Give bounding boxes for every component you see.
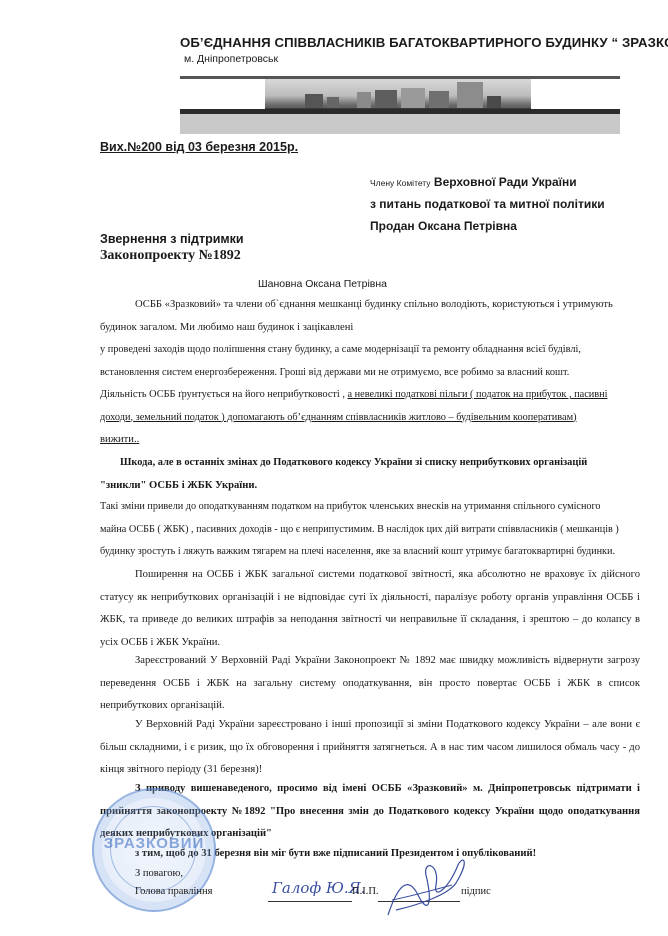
paragraph-1: ОСББ «Зразковий» та члени об`єднання меш… [100, 294, 640, 384]
paragraph-2-plain: Діяльність ОСББ ґрунтується на його непр… [100, 389, 348, 400]
addressee-prefix: Члену Комітету [370, 178, 431, 188]
name-label: П.І.П. [352, 886, 379, 897]
subject-line-1: Звернення з підтримки [100, 232, 244, 246]
subject-line-2: Законопроекту №1892 [100, 248, 241, 264]
stamp-text: ЗРАЗКОВИЙ [94, 835, 214, 852]
addressee-line-3: Продан Оксана Петрівна [370, 219, 517, 233]
name-line: Галоф Ю.Я. [268, 887, 352, 902]
addressee-body: Верховної Ради України [434, 175, 577, 189]
signature-line [378, 887, 460, 902]
paragraph-2-line-1: Діяльність ОСББ ґрунтується на його непр… [100, 384, 640, 407]
paragraph-4-line-3: будинку зростуть і ляжуть важким тягарем… [100, 541, 640, 564]
addressee-line-2: з питань податкової та митної політики [370, 197, 605, 211]
paragraph-3: Шкода, але в останніх змінах до Податков… [100, 452, 640, 497]
paragraph-1-line-4: встановлення систем енергозбереження. Гр… [100, 362, 640, 385]
paragraph-7: У Верховній Раді України зареєстровано і… [100, 714, 640, 782]
paragraph-5: Поширення на ОСББ і ЖБК загальної систем… [100, 564, 640, 654]
signature-scribble-icon [378, 855, 468, 925]
greeting: Шановна Оксана Петрівна [258, 278, 387, 290]
organization-city: м. Дніпропетровськ [184, 53, 278, 65]
paragraph-1-line-2: будинок загалом. Ми любимо наш будинок і… [100, 317, 640, 340]
paragraph-6: Зареєстрований У Верховній Раді України … [100, 650, 640, 718]
organization-title: ОБ’ЄДНАННЯ СПІВВЛАСНИКІВ БАГАТОКВАРТИРНО… [180, 35, 668, 50]
banner-grey-strip [180, 114, 620, 134]
paragraph-4: Такі зміни привели до оподаткуванням под… [100, 496, 640, 564]
closing-position: Голова правління [135, 886, 212, 897]
paragraph-4-line-1: Такі зміни привели до оподаткуванням под… [100, 496, 640, 519]
paragraph-1-line-1: ОСББ «Зразковий» та члени об`єднання меш… [100, 294, 640, 317]
letterhead-banner [180, 76, 620, 134]
paragraph-2-underlined-2: доходи, земельний податок ) допомагають … [100, 407, 640, 430]
closing-regards: З повагою, [135, 868, 183, 879]
paragraph-4-line-2: майна ОСББ ( ЖБК) , пасивних доходів - щ… [100, 519, 640, 542]
paragraph-3-line-2: "зникли" ОСББ і ЖБК України. [100, 475, 640, 498]
paragraph-2: Діяльність ОСББ ґрунтується на його непр… [100, 384, 640, 452]
paragraph-1-line-3: у проведені заходів щодо поліпшення стан… [100, 339, 640, 362]
outgoing-number: Вих.№200 від 03 березня 2015р. [100, 140, 298, 154]
signature-label: підпис [461, 886, 491, 897]
paragraph-2-underlined-1: а невеликі податкові пільги ( податок на… [348, 389, 608, 400]
addressee-line-1: Члену Комітету Верховної Ради України [370, 175, 577, 189]
paragraph-3-line-1: Шкода, але в останніх змінах до Податков… [100, 452, 640, 475]
paragraph-2-underlined-3: вижити.. [100, 429, 640, 452]
